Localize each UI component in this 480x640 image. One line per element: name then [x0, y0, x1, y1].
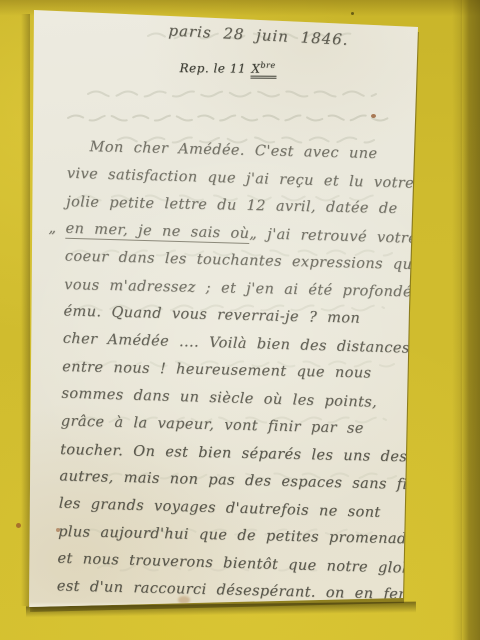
letter-paper: paris 28 juin 1846. Rep. le 11 Xbre Mon … [28, 8, 420, 610]
letter-body: Mon cher Amédée. C'est avec une vive sat… [56, 134, 415, 610]
letter-content: paris 28 juin 1846. Rep. le 11 Xbre Mon … [14, 7, 421, 618]
paper-left-edge-shadow [21, 14, 30, 606]
underlined-phrase: en mer, je ne sais où [65, 220, 249, 243]
mat-right-band [460, 0, 480, 640]
letter-dateline: paris 28 juin 1846. [168, 21, 349, 48]
foxing-spot [16, 523, 21, 528]
foxing-spot [443, 33, 446, 36]
mat-speck [351, 12, 354, 15]
reply-annotation-prefix: Rep. le 11 [180, 61, 247, 75]
foxing-spot [371, 114, 376, 118]
quote-mark: „ [48, 215, 49, 242]
reply-annotation: Rep. le 11 Xbre [180, 60, 277, 76]
ink-stain [178, 596, 190, 604]
photo-background: paris 28 juin 1846. Rep. le 11 Xbre Mon … [0, 0, 480, 640]
reply-annotation-month: Xbre [250, 62, 276, 79]
foxing-spot [56, 528, 60, 532]
